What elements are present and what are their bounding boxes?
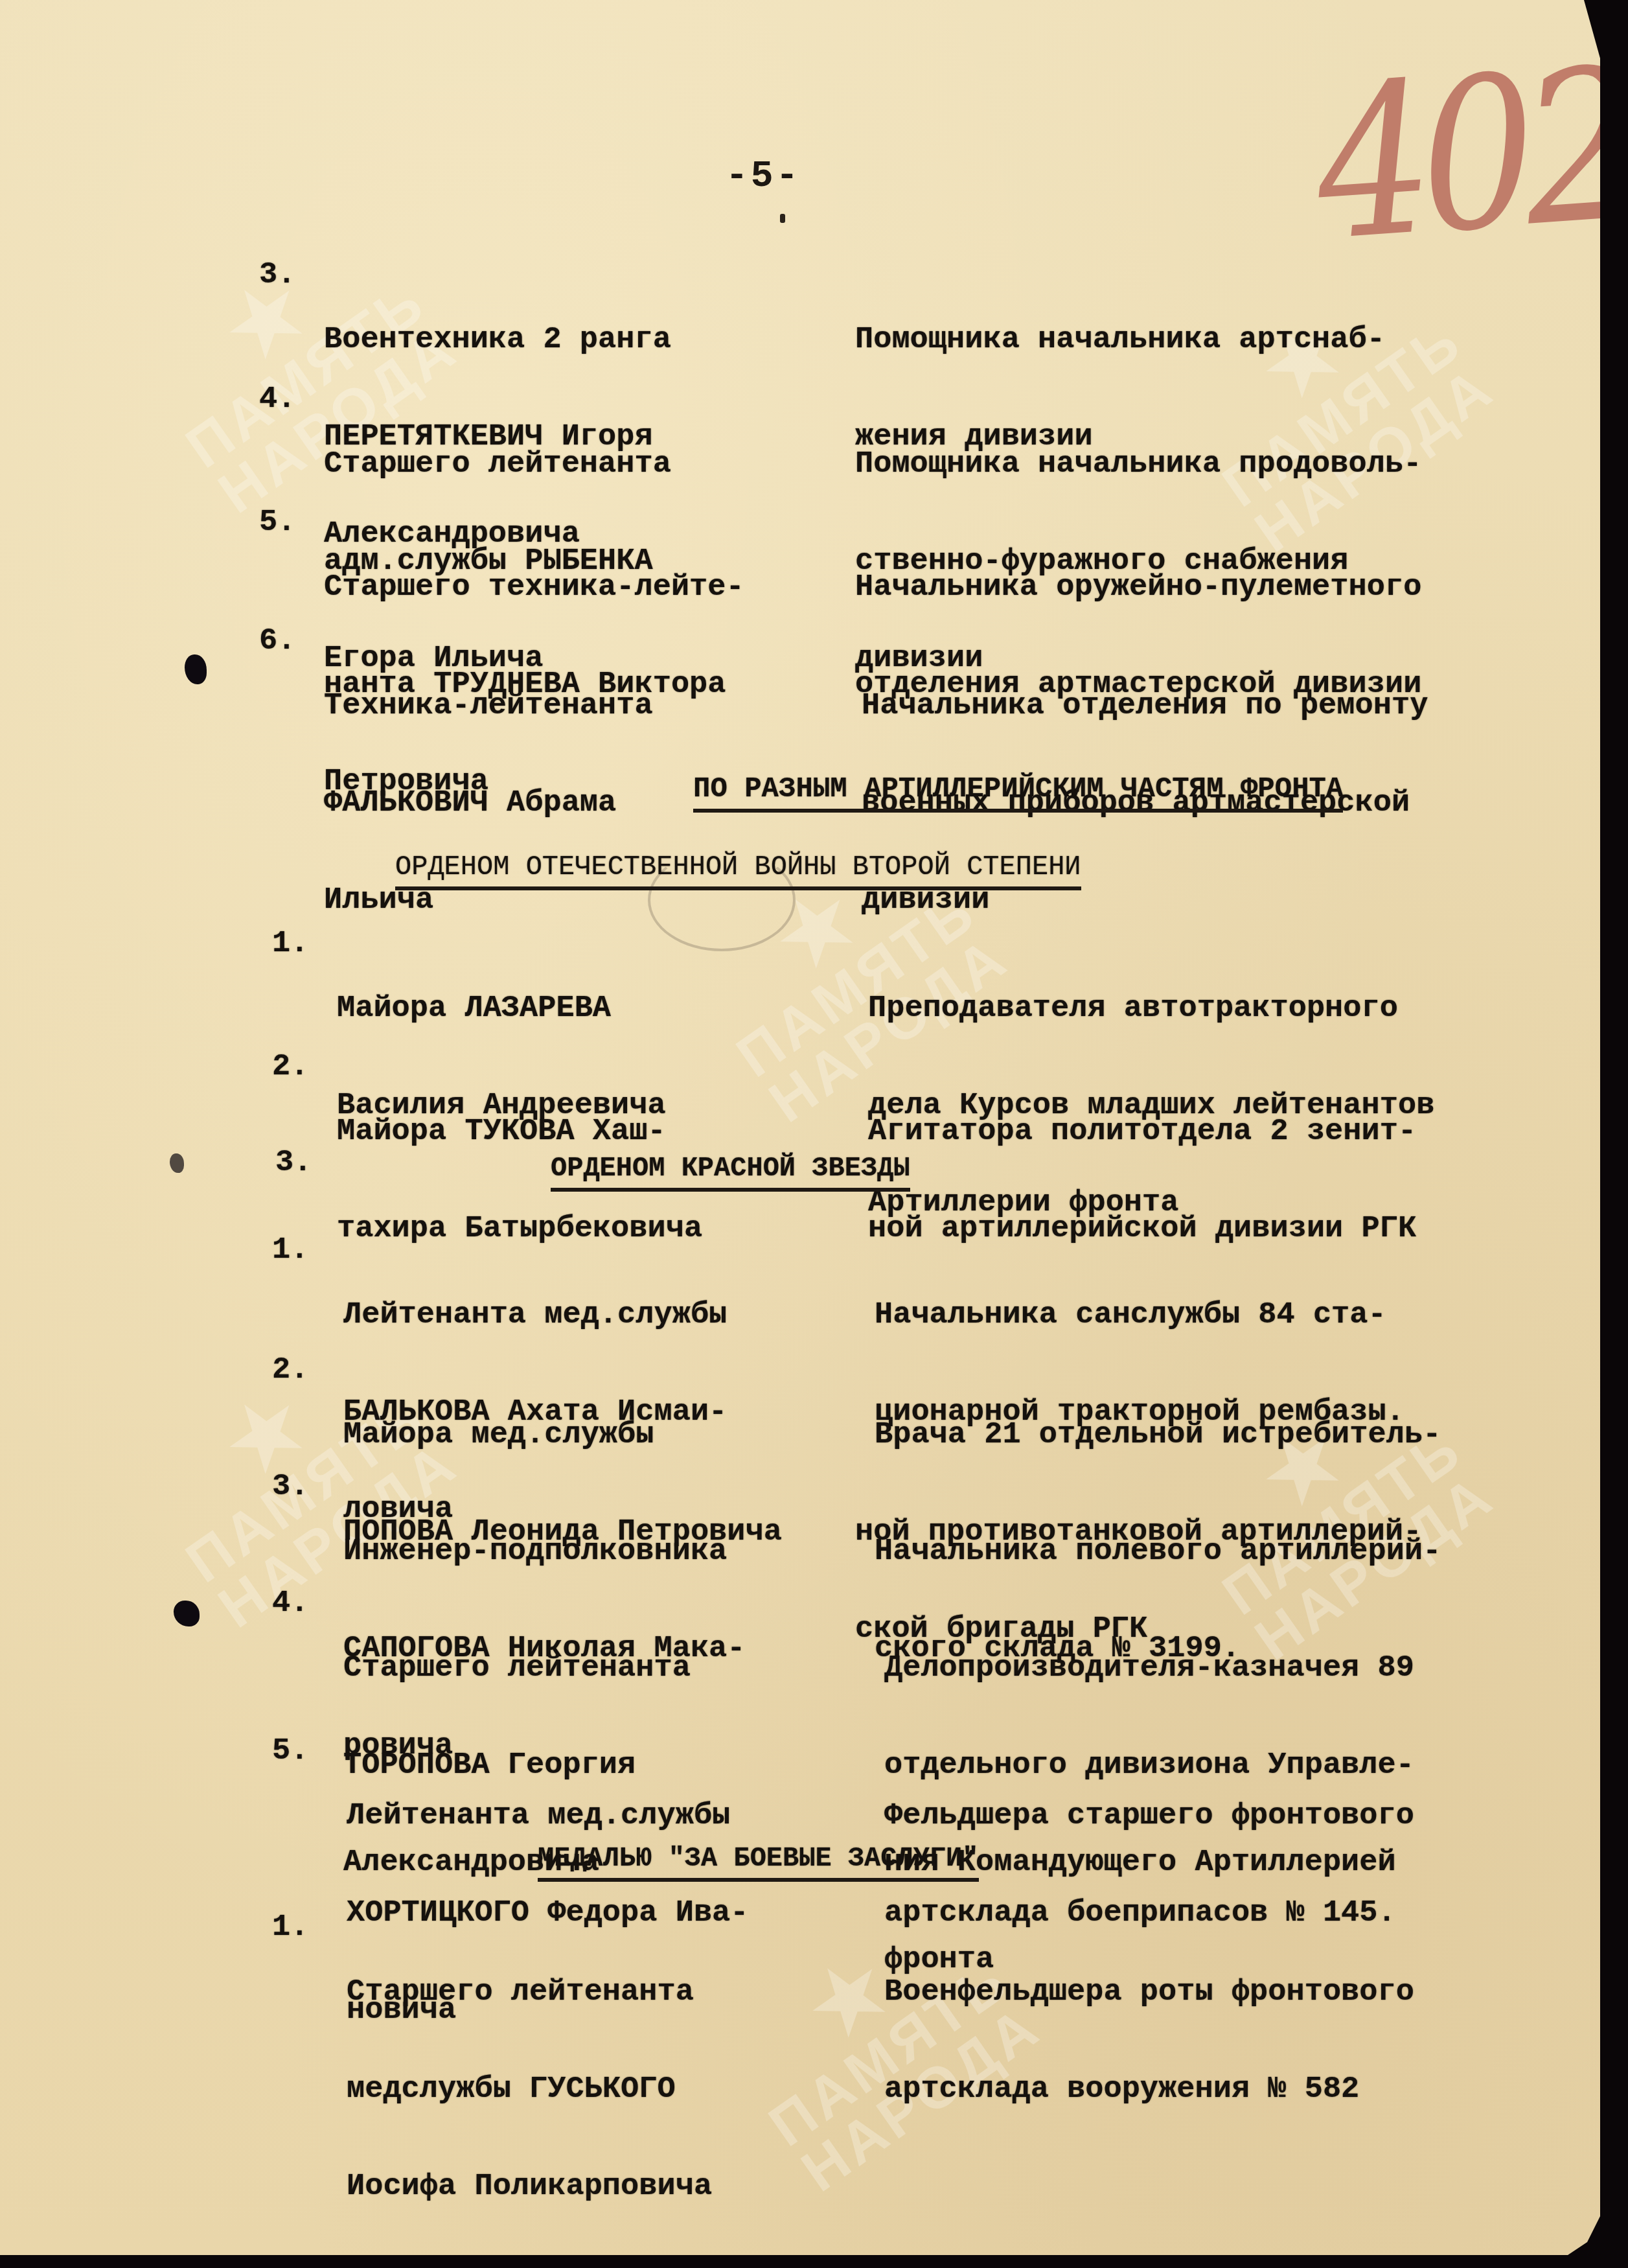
- list-item: 4. Старшего лейтенанта ТОРОПОВА Георгия …: [272, 1588, 345, 1750]
- recipient-line: Воентехника 2 ранга: [324, 324, 671, 356]
- page-number: -5-: [726, 156, 801, 198]
- list-item: 6. Техника-лейтенанта ФАЛЬКОВИЧ Абрама И…: [259, 625, 369, 787]
- position-line: Помощника начальника продоволь-: [855, 448, 1421, 481]
- position-line: Преподавателя автотракторного: [868, 993, 1434, 1025]
- recipient-line: Майора ТУКОВА Хаш-: [337, 1116, 702, 1148]
- handwritten-sheet-number: 4021: [1309, 16, 1628, 288]
- entry-number: 4.: [272, 1588, 308, 1620]
- list-item: 5. Лейтенанта мед.службы ХОРТИЦКОГО Федо…: [272, 1735, 345, 1897]
- punch-hole: [174, 1601, 200, 1626]
- entry-number: 2.: [272, 1051, 308, 1083]
- document-page: ★ ПАМЯТЬ НАРОДА ★ ПАМЯТЬ НАРОДА ★ ПАМЯТЬ…: [0, 0, 1600, 2255]
- position-line: Делопроизводителя-казначея 89: [884, 1652, 1414, 1685]
- award-heading: МЕДАЛЬЮ "ЗА БОЕВЫЕ ЗАСЛУГИ": [538, 1840, 979, 1882]
- recipient-line: Старшего лейтенанта: [343, 1652, 691, 1685]
- list-item: 2. Майора ТУКОВА Хаш- тахира Батырбекови…: [272, 1051, 345, 1213]
- recipient-line: Майора ЛАЗАРЕВА: [337, 993, 666, 1025]
- punch-hole: [185, 654, 207, 684]
- recipient-line: Лейтенанта мед.службы: [343, 1299, 727, 1332]
- position-line: артсклада вооружения № 582: [884, 2074, 1414, 2106]
- position-line: Фельдшера старшего фронтового: [884, 1800, 1414, 1833]
- entry-number: 5.: [272, 1735, 308, 1768]
- page-number-dot: [780, 214, 785, 223]
- recipient: Старшего лейтенанта медслужбы ГУСЬКОГО И…: [347, 1912, 712, 2268]
- position-line: Начальника оружейно-пулеметного: [855, 572, 1421, 604]
- position-line: Военфельдшера роты фронтового: [884, 1976, 1414, 2009]
- position: Военфельдшера роты фронтового артсклада …: [884, 1912, 1414, 2171]
- award-heading: ОРДЕНОМ КРАСНОЙ ЗВЕЗДЫ: [551, 1150, 910, 1192]
- recipient-line: Майора мед.службы: [343, 1419, 782, 1452]
- recipient-line: Старшего лейтенанта: [324, 448, 671, 481]
- recipient-line: медслужбы ГУСЬКОГО: [347, 2074, 712, 2106]
- position-line: Начальника полевого артиллерий-: [875, 1536, 1441, 1568]
- recipient-line: Инженер-подполковника: [343, 1536, 746, 1568]
- recipient-line: Старшего лейтенанта: [347, 1976, 712, 2009]
- entry-number: 5.: [259, 507, 295, 539]
- list-item: 1. Старшего лейтенанта медслужбы ГУСЬКОГ…: [272, 1912, 345, 2074]
- recipient-line: Старшего техника-лейте-: [324, 572, 744, 604]
- entry-number: 3.: [259, 259, 295, 292]
- recipient-line: Техника-лейтенанта: [324, 690, 653, 723]
- section-number: 3.: [275, 1147, 312, 1179]
- entry-number: 6.: [259, 625, 295, 658]
- recipient-line: Иосифа Поликарповича: [347, 2171, 712, 2203]
- section-title: ПО РАЗНЫМ АРТИЛЛЕРИЙСКИМ ЧАСТЯМ ФРОНТА: [693, 771, 1343, 813]
- position-line: Помощника начальника артснаб-: [855, 324, 1385, 356]
- award-heading: ОРДЕНОМ ОТЕЧЕСТВЕННОЙ ВОЙНЫ ВТОРОЙ СТЕПЕ…: [395, 849, 1081, 890]
- position-line: Врача 21 отдельной истребитель-: [875, 1419, 1441, 1452]
- entry-number: 1.: [272, 1234, 308, 1267]
- punch-hole: [170, 1153, 184, 1173]
- recipient-line: ФАЛЬКОВИЧ Абрама: [324, 787, 653, 820]
- recipient-line: Лейтенанта мед.службы: [347, 1800, 749, 1833]
- position-line: Начальника санслужбы 84 ста-: [875, 1299, 1404, 1332]
- entry-number: 4.: [259, 384, 295, 416]
- entry-number: 1.: [272, 1912, 308, 1944]
- entry-number: 2.: [272, 1354, 308, 1387]
- entry-number: 1.: [272, 928, 308, 960]
- position-line: Агитатора политотдела 2 зенит-: [868, 1116, 1416, 1148]
- entry-number: 3.: [272, 1471, 308, 1503]
- position-line: Начальника отделения по ремонту: [862, 690, 1428, 723]
